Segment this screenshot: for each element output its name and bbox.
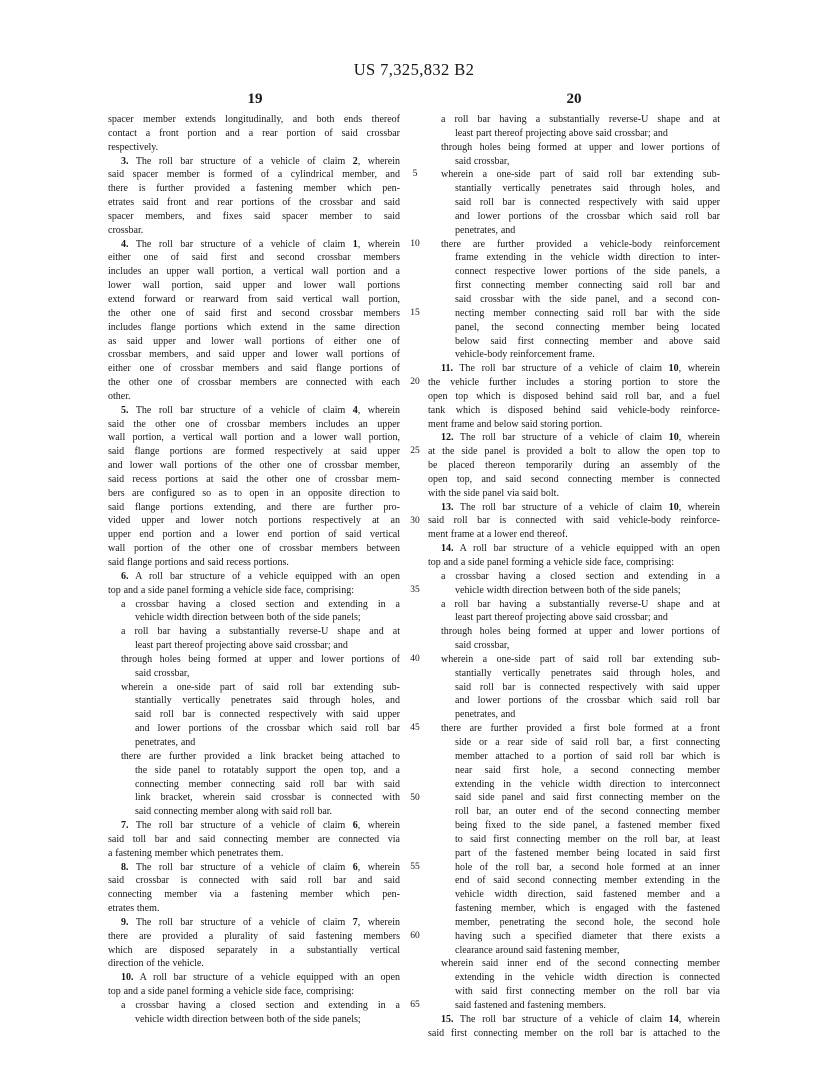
- text-line: least part thereof projecting above said…: [108, 639, 400, 653]
- text-line: member attached to a portion of said rol…: [428, 750, 720, 764]
- text-line: through holes being formed at upper and …: [428, 625, 720, 639]
- text-line: through holes being formed at upper and …: [108, 653, 400, 667]
- text-line: crossbar.: [108, 224, 400, 238]
- text-line: a crossbar having a closed section and e…: [108, 999, 400, 1013]
- text-line: wherein a one-side part of said roll bar…: [108, 681, 400, 695]
- text-line: a fastening member which penetrates them…: [108, 847, 400, 861]
- text-line: with said first connecting member on the…: [428, 985, 720, 999]
- text-line: vehicle width direction between both of …: [108, 611, 400, 625]
- text-line: 4. The roll bar structure of a vehicle o…: [108, 238, 400, 252]
- text-line: frame extending in the vehicle width dir…: [428, 251, 720, 265]
- text-line: extending in the vehicle width direction…: [428, 778, 720, 792]
- text-line: said side panel and said first connectin…: [428, 791, 720, 805]
- line-number: 40: [399, 653, 431, 667]
- text-line: link bracket, wherein said crossbar is c…: [108, 791, 400, 805]
- text-line: least part thereof projecting above said…: [428, 127, 720, 141]
- text-line: crossbar members, and said upper and low…: [108, 348, 400, 362]
- line-number: 35: [399, 584, 431, 598]
- text-line: direction of the vehicle.: [108, 957, 400, 971]
- text-line: 3. The roll bar structure of a vehicle o…: [108, 155, 400, 169]
- text-line: wherein a one-side part of said roll bar…: [428, 653, 720, 667]
- text-line: there are further provided a vehicle-bod…: [428, 238, 720, 252]
- claims-column-right: a roll bar having a substantially revers…: [428, 113, 720, 1041]
- line-number: 50: [399, 792, 431, 806]
- text-line: top and a side panel forming a vehicle s…: [428, 556, 720, 570]
- text-line: stantially vertically penetrates said th…: [428, 667, 720, 681]
- text-line: penetrates, and: [428, 708, 720, 722]
- text-line: there is further provided a fastening me…: [108, 182, 400, 196]
- text-line: a crossbar having a closed section and e…: [428, 570, 720, 584]
- text-line: with the side panel via said bolt.: [428, 487, 720, 501]
- text-line: to said first connecting member on the r…: [428, 833, 720, 847]
- text-line: least part thereof projecting above said…: [428, 611, 720, 625]
- line-number: 20: [399, 376, 431, 390]
- text-line: a roll bar having a substantially revers…: [428, 113, 720, 127]
- text-line: and lower portions of the crossbar which…: [428, 694, 720, 708]
- line-number: 15: [399, 307, 431, 321]
- text-line: 15. The roll bar structure of a vehicle …: [428, 1013, 720, 1027]
- text-line: said toll bar and said connecting member…: [108, 833, 400, 847]
- claims-column-left: spacer member extends longitudinally, an…: [108, 113, 400, 1027]
- text-line: connecting member via a fastening member…: [108, 888, 400, 902]
- text-line: and lower wall portions of the other one…: [108, 459, 400, 473]
- text-line: said crossbar is connected with said rol…: [108, 874, 400, 888]
- text-line: fastening member, which is engaged with …: [428, 902, 720, 916]
- text-line: 7. The roll bar structure of a vehicle o…: [108, 819, 400, 833]
- text-line: said connecting member along with said r…: [108, 805, 400, 819]
- text-line: connecting member connecting said roll b…: [108, 778, 400, 792]
- text-line: member, penetrating the second hole, the…: [428, 916, 720, 930]
- text-line: being fixed to the side panel, a fastene…: [428, 819, 720, 833]
- text-line: the side panel to rotatably support the …: [108, 764, 400, 778]
- text-line: wall portion, a vertical wall portion an…: [108, 431, 400, 445]
- text-line: first connecting member connecting said …: [428, 279, 720, 293]
- text-line: said roll bar is connected respectively …: [428, 681, 720, 695]
- text-line: there are further provided a first bole …: [428, 722, 720, 736]
- text-line: part of the fastened member being locate…: [428, 847, 720, 861]
- text-line: the other one of said first and second c…: [108, 307, 400, 321]
- text-line: 8. The roll bar structure of a vehicle o…: [108, 861, 400, 875]
- line-number: 30: [399, 515, 431, 529]
- text-line: which are disposed separately in a subst…: [108, 944, 400, 958]
- text-line: tank which is disposed behind said vehic…: [428, 404, 720, 418]
- text-line: said spacer member is formed of a cylind…: [108, 168, 400, 182]
- text-line: penetrates, and: [428, 224, 720, 238]
- text-line: respectively.: [108, 141, 400, 155]
- text-line: necting member connecting said roll bar …: [428, 307, 720, 321]
- patent-page: US 7,325,832 B2 19 20 510152025303540455…: [0, 0, 838, 1080]
- text-line: through holes being formed at upper and …: [428, 141, 720, 155]
- text-line: spacer member extends longitudinally, an…: [108, 113, 400, 127]
- text-line: spacer members, and fixes said spacer me…: [108, 210, 400, 224]
- text-line: said fastened and fastening members.: [428, 999, 720, 1013]
- text-line: as said upper and lower wall portions of…: [108, 335, 400, 349]
- text-line: said flange portions and said recess por…: [108, 556, 400, 570]
- text-line: etrates said front and rear portions of …: [108, 196, 400, 210]
- text-line: and lower portions of the crossbar which…: [108, 722, 400, 736]
- patent-number-header: US 7,325,832 B2: [0, 60, 828, 80]
- text-line: penetrates, and: [108, 736, 400, 750]
- text-line: open top which is disposed behind said r…: [428, 390, 720, 404]
- text-line: extend forward or rearward from said ver…: [108, 293, 400, 307]
- text-line: includes flange portions which extend in…: [108, 321, 400, 335]
- text-line: 9. The roll bar structure of a vehicle o…: [108, 916, 400, 930]
- text-line: there are further provided a link bracke…: [108, 750, 400, 764]
- text-line: top and a side panel forming a vehicle s…: [108, 985, 400, 999]
- text-line: having such a specified diameter that th…: [428, 930, 720, 944]
- text-line: stantially vertically penetrates said th…: [108, 694, 400, 708]
- text-line: near said first hole, a second connectin…: [428, 764, 720, 778]
- text-line: connect respective lower portions of the…: [428, 265, 720, 279]
- text-line: 6. A roll bar structure of a vehicle equ…: [108, 570, 400, 584]
- text-line: includes an upper wall portion, a vertic…: [108, 265, 400, 279]
- text-line: a roll bar having a substantially revers…: [108, 625, 400, 639]
- text-line: etrates them.: [108, 902, 400, 916]
- text-line: 12. The roll bar structure of a vehicle …: [428, 431, 720, 445]
- text-line: said roll bar is connected with said veh…: [428, 514, 720, 528]
- text-line: ment frame at a lower end thereof.: [428, 528, 720, 542]
- line-number: 55: [399, 861, 431, 875]
- text-line: 10. A roll bar structure of a vehicle eq…: [108, 971, 400, 985]
- text-line: wall portion of the other one of crossba…: [108, 542, 400, 556]
- text-line: 13. The roll bar structure of a vehicle …: [428, 501, 720, 515]
- text-line: stantially vertically penetrates said th…: [428, 182, 720, 196]
- line-number: 5: [399, 168, 431, 182]
- text-line: said crossbar with the side panel, and a…: [428, 293, 720, 307]
- text-line: vehicle width direction between both of …: [108, 1013, 400, 1027]
- column-number-left: 19: [108, 91, 402, 108]
- text-line: a roll bar having a substantially revers…: [428, 598, 720, 612]
- text-line: said the other one of crossbar members i…: [108, 418, 400, 432]
- text-line: the vehicle further includes a storing p…: [428, 376, 720, 390]
- text-line: open top, and said second connecting mem…: [428, 473, 720, 487]
- text-line: other.: [108, 390, 400, 404]
- text-line: side or a rear side of said roll bar, a …: [428, 736, 720, 750]
- text-line: at the side panel is provided a bolt to …: [428, 445, 720, 459]
- text-line: vided upper and lower notch portions res…: [108, 514, 400, 528]
- text-line: said roll bar is connected respectively …: [108, 708, 400, 722]
- text-line: said crossbar,: [428, 639, 720, 653]
- text-line: ment frame and below said storing portio…: [428, 418, 720, 432]
- text-line: end of said second connecting member ext…: [428, 874, 720, 888]
- line-number: 10: [399, 238, 431, 252]
- text-line: said flange portions are formed respecti…: [108, 445, 400, 459]
- text-line: wherein a one-side part of said roll bar…: [428, 168, 720, 182]
- text-line: roll bar, an outer end of the second con…: [428, 805, 720, 819]
- text-line: said roll bar is connected respectively …: [428, 196, 720, 210]
- text-line: said first connecting member on the roll…: [428, 1027, 720, 1041]
- text-line: lower wall portion, said upper and lower…: [108, 279, 400, 293]
- text-line: the other one of crossbar members are co…: [108, 376, 400, 390]
- text-line: contact a front portion and a rear porti…: [108, 127, 400, 141]
- text-line: below said first connecting member and a…: [428, 335, 720, 349]
- text-line: said recess portions at said the other o…: [108, 473, 400, 487]
- text-line: upper end portion and a lower end portio…: [108, 528, 400, 542]
- text-line: be placed thereon temporarily during an …: [428, 459, 720, 473]
- text-line: top and a side panel forming a vehicle s…: [108, 584, 400, 598]
- column-number-right: 20: [428, 91, 720, 108]
- text-line: said crossbar,: [428, 155, 720, 169]
- text-line: either one of said first and second cros…: [108, 251, 400, 265]
- text-line: 5. The roll bar structure of a vehicle o…: [108, 404, 400, 418]
- text-line: 11. The roll bar structure of a vehicle …: [428, 362, 720, 376]
- line-number: 45: [399, 722, 431, 736]
- text-line: hole of the roll bar, a second hole form…: [428, 861, 720, 875]
- text-line: clearance around said fastening member,: [428, 944, 720, 958]
- text-line: there are provided a plurality of said f…: [108, 930, 400, 944]
- text-line: vehicle-body reinforcement frame.: [428, 348, 720, 362]
- text-line: said crossbar,: [108, 667, 400, 681]
- text-line: extending in the vehicle width direction…: [428, 971, 720, 985]
- line-number: 65: [399, 999, 431, 1013]
- text-line: vehicle width direction, said fastened m…: [428, 888, 720, 902]
- line-number: 60: [399, 930, 431, 944]
- text-line: bers are configured so as to open in an …: [108, 487, 400, 501]
- text-line: said flange portions extending, and ther…: [108, 501, 400, 515]
- text-line: panel, the second connecting member bein…: [428, 321, 720, 335]
- text-line: wherein said inner end of the second con…: [428, 957, 720, 971]
- line-number: 25: [399, 445, 431, 459]
- text-line: and lower portions of the crossbar which…: [428, 210, 720, 224]
- text-line: 14. A roll bar structure of a vehicle eq…: [428, 542, 720, 556]
- text-line: a crossbar having a closed section and e…: [108, 598, 400, 612]
- text-line: vehicle width direction between both of …: [428, 584, 720, 598]
- text-line: either one of crossbar members and said …: [108, 362, 400, 376]
